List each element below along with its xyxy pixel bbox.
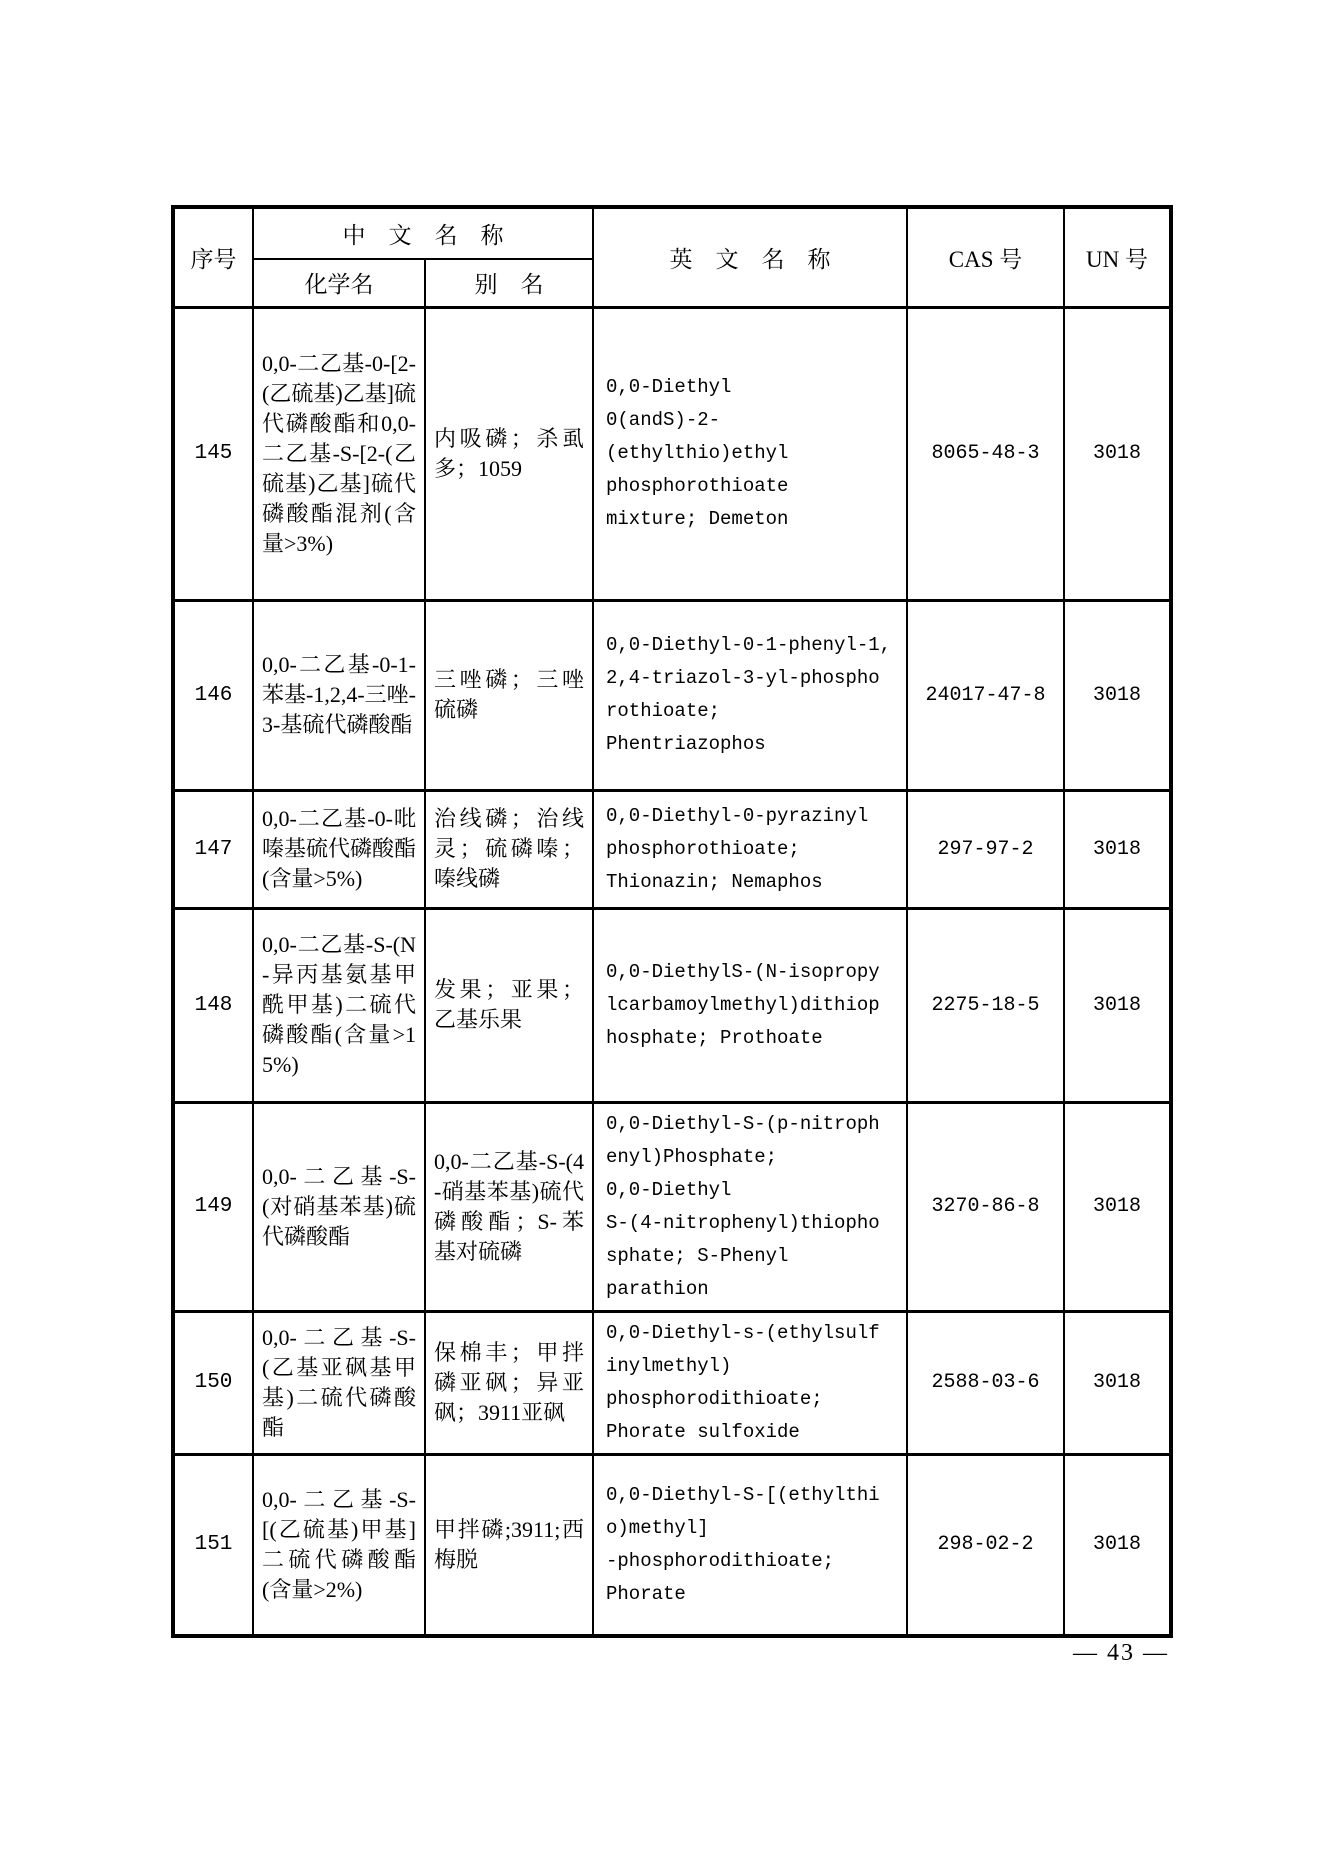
table-row: 151 0,0-二乙基-S-[(乙硫基)甲基]二硫代磷酸酯(含量>2%) 甲拌磷…: [173, 1454, 1171, 1636]
cell-alias: 三唑磷；三唑硫磷: [425, 600, 593, 790]
cell-alias: 治线磷；治线灵；硫磷嗪；嗪线磷: [425, 790, 593, 908]
cell-serial-number: 148: [173, 908, 253, 1102]
cell-cas-number: 3270-86-8: [907, 1102, 1064, 1311]
cell-cas-number: 8065-48-3: [907, 307, 1064, 600]
cell-alias: 甲拌磷;3911;西梅脱: [425, 1454, 593, 1636]
cell-english-name: 0,0-Diethyl-0-pyrazinyl phosphorothioate…: [593, 790, 907, 908]
cell-serial-number: 147: [173, 790, 253, 908]
cell-alias: 0,0-二乙基-S-(4-硝基苯基)硫代磷酸酯；S-苯基对硫磷: [425, 1102, 593, 1311]
cell-serial-number: 149: [173, 1102, 253, 1311]
header-chemical-name: 化学名: [253, 259, 425, 307]
header-un-number: UN 号: [1064, 207, 1171, 307]
cell-chemical-name: 0,0-二乙基-0-吡嗪基硫代磷酸酯(含量>5%): [253, 790, 425, 908]
table-row: 147 0,0-二乙基-0-吡嗪基硫代磷酸酯(含量>5%) 治线磷；治线灵；硫磷…: [173, 790, 1171, 908]
header-cas-number: CAS 号: [907, 207, 1064, 307]
cell-chemical-name: 0,0-二乙基-S-(对硝基苯基)硫代磷酸酯: [253, 1102, 425, 1311]
cell-english-name: 0,0-Diethyl 0(andS)-2-(ethylthio)ethyl p…: [593, 307, 907, 600]
header-english-name: 英 文 名 称: [593, 207, 907, 307]
document-page: 序号 中 文 名 称 英 文 名 称 CAS 号 UN 号 化学名 别 名 14…: [0, 0, 1323, 1871]
cell-un-number: 3018: [1064, 908, 1171, 1102]
cell-un-number: 3018: [1064, 307, 1171, 600]
cell-cas-number: 298-02-2: [907, 1454, 1064, 1636]
cell-chemical-name: 0,0-二乙基-S-(N-异丙基氨基甲酰甲基)二硫代磷酸酯(含量>15%): [253, 908, 425, 1102]
cell-un-number: 3018: [1064, 1454, 1171, 1636]
hazardous-chemicals-table: 序号 中 文 名 称 英 文 名 称 CAS 号 UN 号 化学名 别 名 14…: [171, 205, 1173, 1638]
page-number: — 43 —: [171, 1640, 1169, 1667]
cell-un-number: 3018: [1064, 1102, 1171, 1311]
cell-chemical-name: 0,0-二乙基-0-1-苯基-1,2,4-三唑-3-基硫代磷酸酯: [253, 600, 425, 790]
cell-english-name: 0,0-Diethyl-S-(p-nitroph enyl)Phosphate;…: [593, 1102, 907, 1311]
table-row: 145 0,0-二乙基-0-[2-(乙硫基)乙基]硫代磷酸酯和0,0-二乙基-S…: [173, 307, 1171, 600]
cell-english-name: 0,0-DiethylS-(N-isopropy lcarbamoylmethy…: [593, 908, 907, 1102]
cell-chemical-name: 0,0-二乙基-0-[2-(乙硫基)乙基]硫代磷酸酯和0,0-二乙基-S-[2-…: [253, 307, 425, 600]
cell-cas-number: 24017-47-8: [907, 600, 1064, 790]
cell-un-number: 3018: [1064, 790, 1171, 908]
table-row: 148 0,0-二乙基-S-(N-异丙基氨基甲酰甲基)二硫代磷酸酯(含量>15%…: [173, 908, 1171, 1102]
cell-alias: 发果；亚果；乙基乐果: [425, 908, 593, 1102]
cell-chemical-name: 0,0-二乙基-S-[(乙硫基)甲基]二硫代磷酸酯(含量>2%): [253, 1454, 425, 1636]
cell-alias: 内吸磷；杀虱多；1059: [425, 307, 593, 600]
cell-english-name: 0,0-Diethyl-0-1-phenyl-1, 2,4-triazol-3-…: [593, 600, 907, 790]
header-chinese-name-group: 中 文 名 称: [253, 207, 593, 259]
table-row: 150 0,0-二乙基-S-(乙基亚砜基甲基)二硫代磷酸酯 保棉丰；甲拌磷亚砜；…: [173, 1311, 1171, 1454]
header-serial-number: 序号: [173, 207, 253, 307]
cell-un-number: 3018: [1064, 1311, 1171, 1454]
cell-serial-number: 151: [173, 1454, 253, 1636]
cell-cas-number: 2588-03-6: [907, 1311, 1064, 1454]
cell-un-number: 3018: [1064, 600, 1171, 790]
cell-serial-number: 150: [173, 1311, 253, 1454]
table-row: 146 0,0-二乙基-0-1-苯基-1,2,4-三唑-3-基硫代磷酸酯 三唑磷…: [173, 600, 1171, 790]
cell-english-name: 0,0-Diethyl-S-[(ethylthi o)methyl] -phos…: [593, 1454, 907, 1636]
cell-cas-number: 297-97-2: [907, 790, 1064, 908]
cell-serial-number: 146: [173, 600, 253, 790]
table-header-row-top: 序号 中 文 名 称 英 文 名 称 CAS 号 UN 号: [173, 207, 1171, 259]
table-row: 149 0,0-二乙基-S-(对硝基苯基)硫代磷酸酯 0,0-二乙基-S-(4-…: [173, 1102, 1171, 1311]
cell-english-name: 0,0-Diethyl-s-(ethylsulf inylmethyl) pho…: [593, 1311, 907, 1454]
cell-alias: 保棉丰；甲拌磷亚砜；异亚砜；3911亚砜: [425, 1311, 593, 1454]
cell-serial-number: 145: [173, 307, 253, 600]
cell-cas-number: 2275-18-5: [907, 908, 1064, 1102]
cell-chemical-name: 0,0-二乙基-S-(乙基亚砜基甲基)二硫代磷酸酯: [253, 1311, 425, 1454]
header-alias: 别 名: [425, 259, 593, 307]
